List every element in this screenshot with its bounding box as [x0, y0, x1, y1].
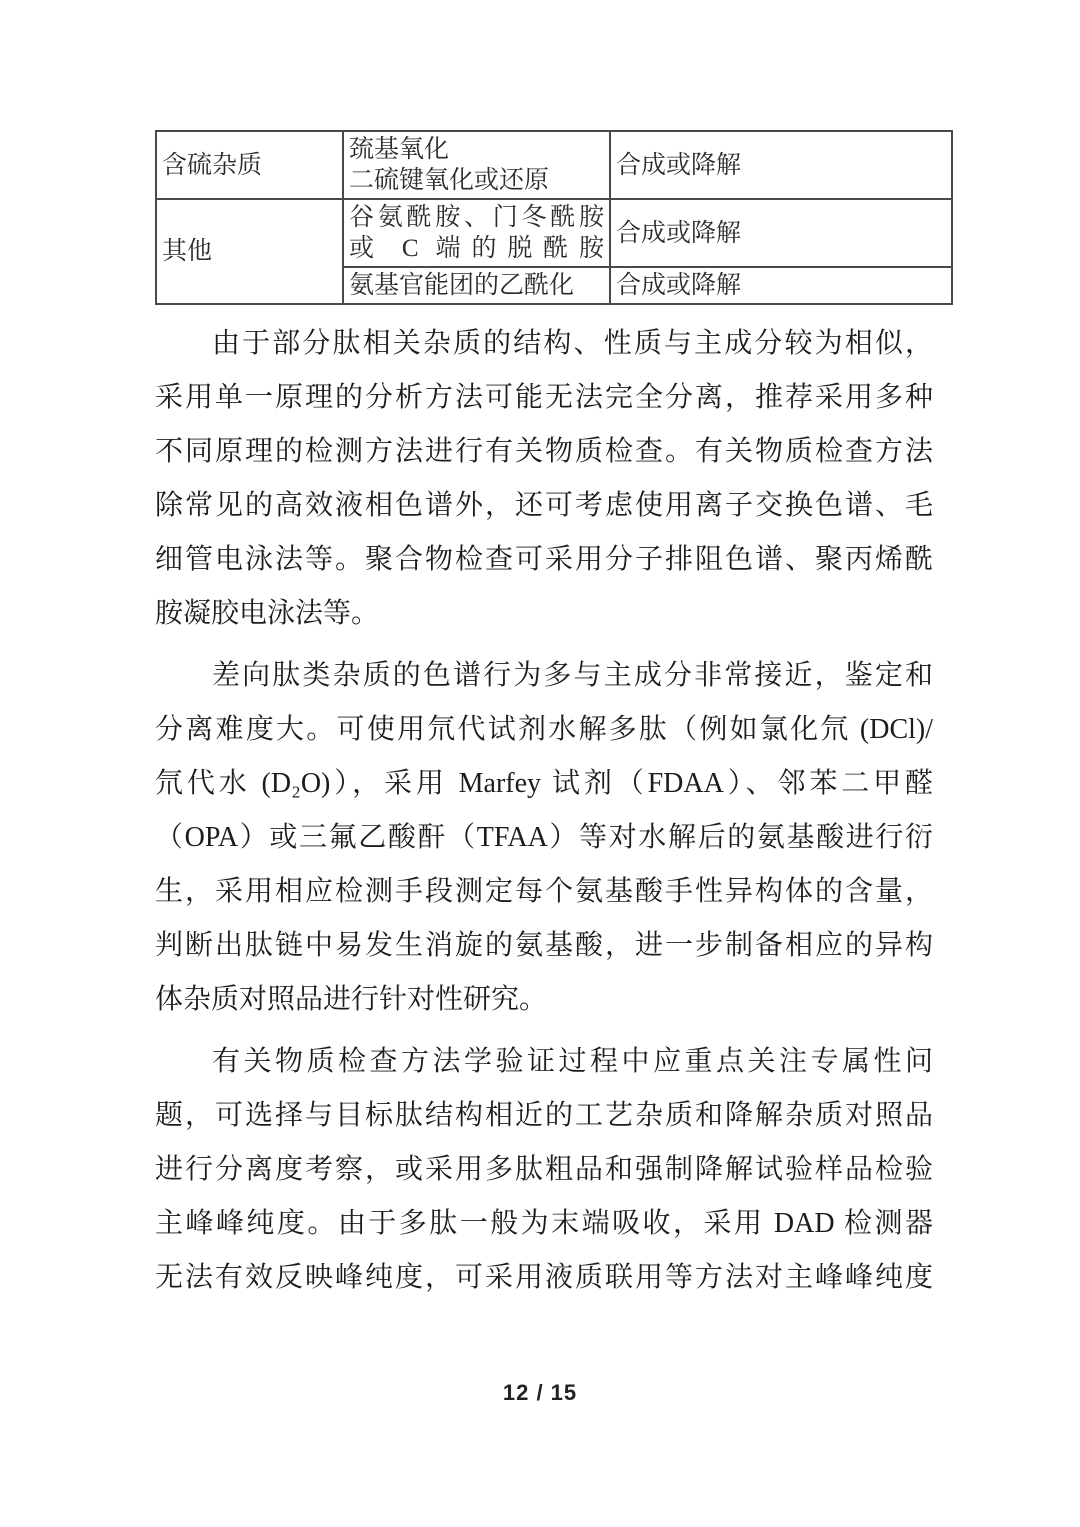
body-text: 由于部分肽相关杂质的结构、性质与主成分较为相似， 采用单一原理的分析方法可能无法…: [155, 317, 933, 1305]
document-page: 含硫杂质 巯基氧化 二硫键氧化或还原 合成或降解 其他 谷氨酰胺、门冬酰胺 或 …: [0, 0, 1080, 1527]
cell-modification: 氨基官能团的乙酰化: [343, 267, 610, 304]
cell-modification: 谷氨酰胺、门冬酰胺 或 C 端的脱酰胺: [343, 199, 610, 267]
page-number: 12 / 15: [0, 1380, 1080, 1406]
paragraph-1: 由于部分肽相关杂质的结构、性质与主成分较为相似， 采用单一原理的分析方法可能无法…: [155, 317, 933, 641]
modification-line: 二硫键氧化或还原: [349, 165, 604, 196]
cell-source: 合成或降解: [610, 267, 952, 304]
text-line: （OPA）或三氟乙酸酐（TFAA）等对水解后的氨基酸进行衍: [155, 811, 933, 865]
text-line: 除常见的高效液相色谱外，还可考虑使用离子交换色谱、毛: [155, 479, 933, 533]
page-content: 含硫杂质 巯基氧化 二硫键氧化或还原 合成或降解 其他 谷氨酰胺、门冬酰胺 或 …: [155, 130, 933, 1305]
paragraph-2: 差向肽类杂质的色谱行为多与主成分非常接近，鉴定和 分离难度大。可使用氘代试剂水解…: [155, 641, 933, 1027]
text-line: 进行分离度考察，或采用多肽粗品和强制降解试验样品检验: [155, 1143, 933, 1197]
text-line: 细管电泳法等。聚合物检查可采用分子排阻色谱、聚丙烯酰: [155, 533, 933, 587]
text-line: 分离难度大。可使用氘代试剂水解多肽（例如氯化氘 (DCl)/: [155, 703, 933, 757]
text-line: 采用单一原理的分析方法可能无法完全分离，推荐采用多种: [155, 371, 933, 425]
cell-modification: 巯基氧化 二硫键氧化或还原: [343, 131, 610, 199]
text-line: 差向肽类杂质的色谱行为多与主成分非常接近，鉴定和: [155, 649, 933, 703]
table-row: 含硫杂质 巯基氧化 二硫键氧化或还原 合成或降解: [156, 131, 952, 199]
text-line: 无法有效反映峰纯度，可采用液质联用等方法对主峰峰纯度: [155, 1251, 933, 1305]
modification-line: 巯基氧化: [349, 134, 604, 165]
text-line: 判断出肽链中易发生消旋的氨基酸，进一步制备相应的异构: [155, 919, 933, 973]
cell-source: 合成或降解: [610, 131, 952, 199]
text-line: 主峰峰纯度。由于多肽一般为末端吸收，采用 DAD 检测器: [155, 1197, 933, 1251]
text-line: 生，采用相应检测手段测定每个氨基酸手性异构体的含量，: [155, 865, 933, 919]
modification-line: 或 C 端的脱酰胺: [349, 233, 604, 264]
text-line: 胺凝胶电泳法等。: [155, 587, 933, 641]
cell-impurity-category: 含硫杂质: [156, 131, 343, 199]
table-row: 其他 谷氨酰胺、门冬酰胺 或 C 端的脱酰胺 合成或降解: [156, 199, 952, 267]
modification-line: 谷氨酰胺、门冬酰胺: [349, 202, 604, 233]
text-line: 体杂质对照品进行针对性研究。: [155, 973, 933, 1027]
impurity-table: 含硫杂质 巯基氧化 二硫键氧化或还原 合成或降解 其他 谷氨酰胺、门冬酰胺 或 …: [155, 130, 953, 305]
cell-impurity-category: 其他: [156, 199, 343, 304]
text-line: 题，可选择与目标肽结构相近的工艺杂质和降解杂质对照品: [155, 1089, 933, 1143]
text-line: 不同原理的检测方法进行有关物质检查。有关物质检查方法: [155, 425, 933, 479]
cell-source: 合成或降解: [610, 199, 952, 267]
text-line: 由于部分肽相关杂质的结构、性质与主成分较为相似，: [155, 317, 933, 371]
text-line: 氘代水 (D₂O)），采用 Marfey 试剂（FDAA）、邻苯二甲醛: [155, 757, 933, 811]
text-line: 有关物质检查方法学验证过程中应重点关注专属性问: [155, 1035, 933, 1089]
paragraph-3: 有关物质检查方法学验证过程中应重点关注专属性问 题，可选择与目标肽结构相近的工艺…: [155, 1027, 933, 1305]
